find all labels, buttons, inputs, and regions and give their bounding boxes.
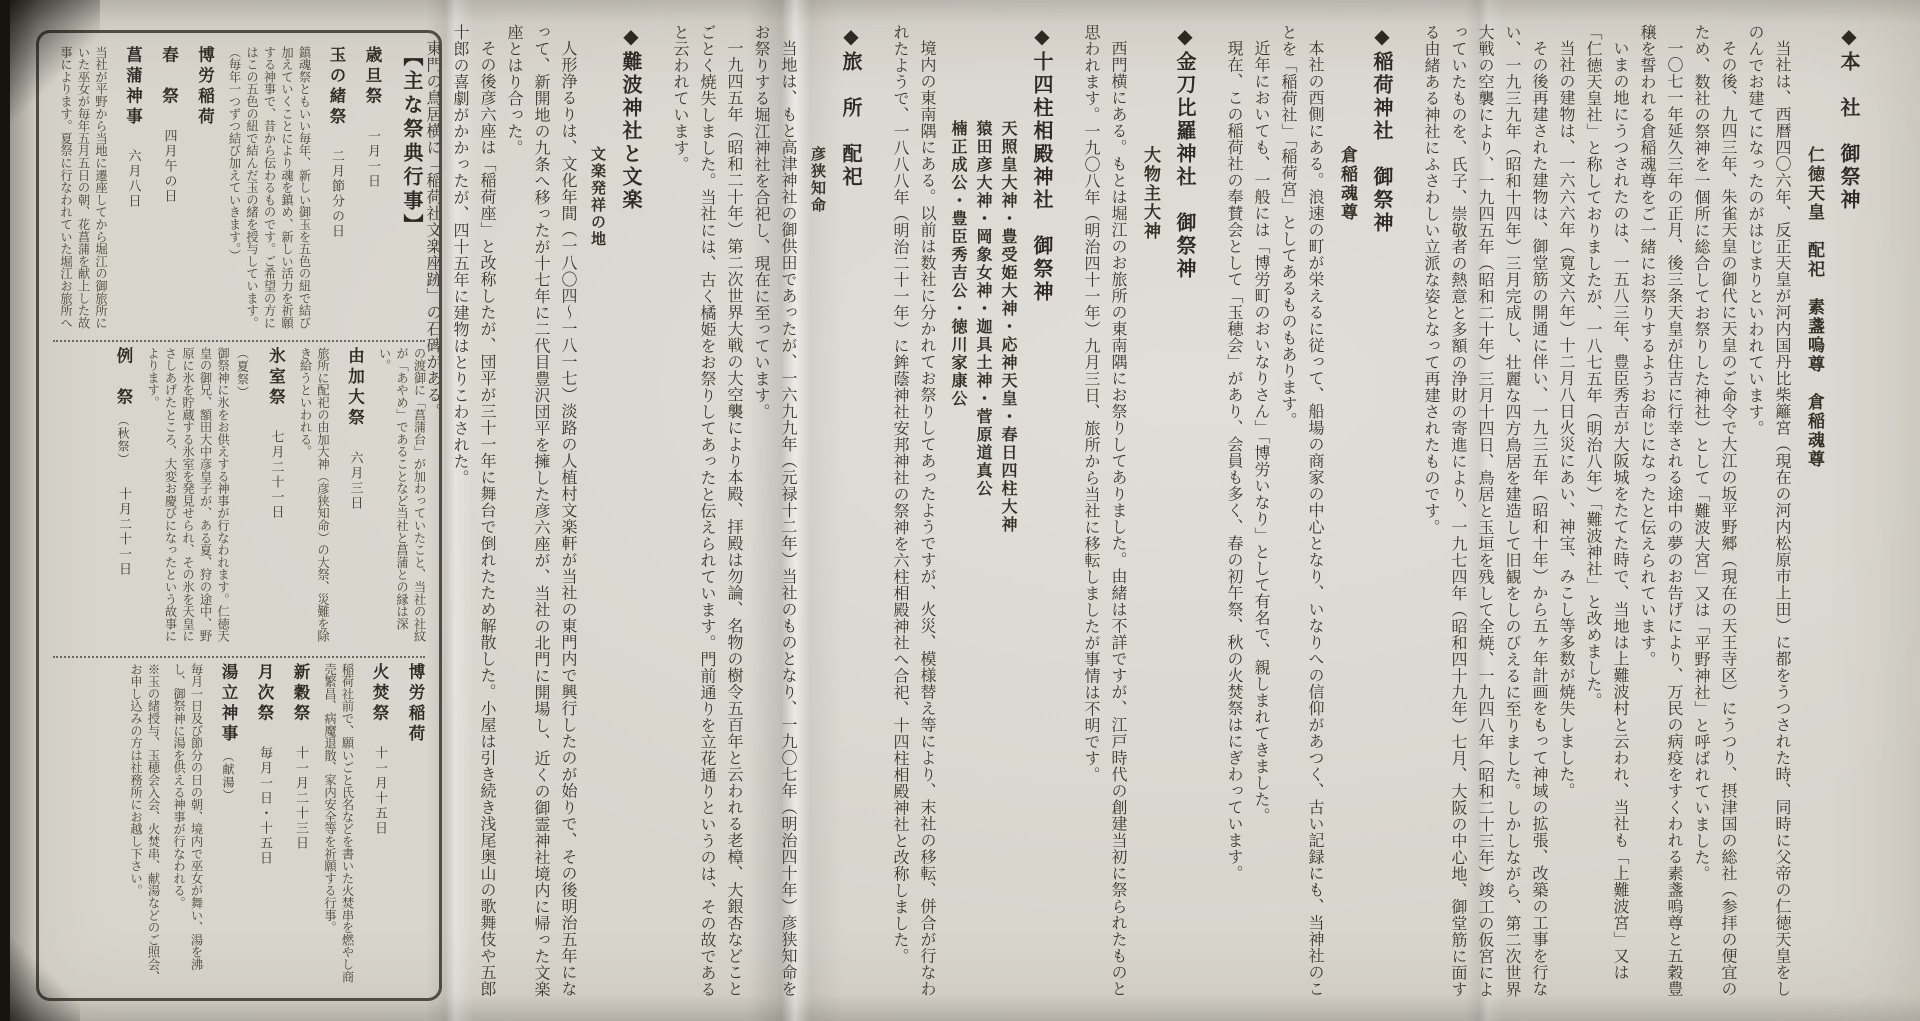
festival-yuka-taisai: 由加大祭 六月三日 [343,347,367,651]
paragraph: 一〇七一年延久三年の正月、後三条天皇が住吉に行幸される途中の夢のお告げにより、万… [1634,24,1688,1007]
festival-bakuro-inari: 博労稲荷 [193,46,217,335]
main-shrine-deities: 仁徳天皇 配祀 素盞嗚尊 倉稲魂尊 [1802,24,1827,1007]
festival-name: 新穀祭 [291,663,310,725]
juyonbashira-body: 境内の東南隅にある。以前は数社に分かれてお祭りしてあったようですが、火災、模様替… [887,24,941,1007]
bunraku-subtitle: 文楽発祥の地 [588,24,609,1007]
festival-note-yuka: 旅所に配祀の由加大神（彦狭知命）の大祭、災難を除き給うといわれる。 [296,347,331,651]
festival-name: 由加大祭 [346,347,365,429]
festival-reisai: 例 祭 （秋祭） 十月二十一日 [111,347,135,651]
festival-date: 六月三日 [346,451,365,511]
paragraph: その後、九四三年、朱雀天皇の御代に天皇のご命令で大江の坂平野郷（現在の天王寺区）… [1688,24,1742,1007]
paragraph: その後再建された建物は、御堂筋の開通に伴い、一九三五年（昭和十年）から五ヶ年計画… [1418,24,1553,1007]
festival-note-tamanoo: 鎮魂祭ともいい毎年、新しい御玉を五色の紐で結び加えていくことにより魂を鎮め、新し… [225,46,313,335]
festival-note-himuro: 御祭神に氷をお供えする神事が行なわれます。仁徳天皇の御兄、額田大中彦皇子が、ある… [143,347,231,651]
festival-himuro: 氷室祭 七月二十一日 [264,347,288,651]
inari-deities: 倉稲魂尊 [1335,24,1360,1007]
deity-line: 楠正成公・豊臣秀吉公・徳川家康公 [947,120,970,1007]
festival-tamanoo: 玉の緒祭 二月節分の日 [324,46,348,335]
paragraph: その後彦六座は「稲荷座」と改称したが、団平が三十一年に舞台で倒れたため解散した。… [447,24,501,1007]
festival-subname: （献湯） [221,750,235,802]
main-shrine-heading: ◆本 社 御祭神 [1835,24,1864,1007]
festival-name: 春 祭 [160,46,179,108]
photo-corner-shadow [10,0,100,140]
paragraph: 現在、この稲荷社の奉賛会として「玉穂会」があり、会員も多く、春の初午祭、秋の火焚… [1221,24,1248,1007]
events-band-top: 【主な祭典行事】 歳旦祭 一月一日 玉の緒祭 二月節分の日 鎮魂祭ともいい毎年、… [49,41,429,340]
note-text: 毎月一日及び節分の日の朝、境内で巫女が舞い、湯を沸し、御祭神に湯を供える神事が行… [169,663,204,985]
festival-saitansai: 歳旦祭 一月一日 [360,46,384,335]
festival-name: 氷室祭 [267,347,286,409]
tabisho-heading: ◆旅 所 配祀 [837,24,866,1007]
paragraph: 本社の西側にある。浪速の町が栄えるに従って、船場の商家の中心となり、いなりへの信… [1275,24,1329,1007]
paragraph: 人形浄るりは、文化年間（一八〇四～一八一七）淡路の人植村文楽軒が当社の東門内で興… [501,24,582,1007]
section-inari-shrine: ◆稲荷神社 御祭神 倉稲魂尊 本社の西側にある。浪速の町が栄えるに従って、船場の… [1221,24,1397,1007]
festival-name: 例 祭 [114,347,133,409]
festival-date: 六月八日 [124,149,143,209]
kotohira-heading: ◆金刀比羅神社 御祭神 [1171,24,1200,1007]
festival-date: 七月二十一日 [267,430,286,520]
deity-line: 天照皇大神・豊受姫大神・応神天皇・春日四柱大神 [997,120,1020,1007]
section-main-shrine: ◆本 社 御祭神 仁徳天皇 配祀 素盞嗚尊 倉稲魂尊 当社は、西暦四〇六年、反正… [1418,24,1864,1007]
festival-yudate: 湯立神事 （献湯） [216,663,240,985]
festival-name: 博労稲荷 [406,663,425,745]
note-text: 鎮魂祭ともいい毎年、新しい御玉を五色の紐で結び加えていくことにより魂を鎮め、新し… [225,46,313,335]
festival-himuro-subname: （夏祭） [235,347,252,651]
festival-name: 湯立神事 [219,663,238,745]
festival-harumatsuri: 春 祭 四月午の日 [157,46,181,335]
festival-shinkoku: 新穀祭 十一月二十三日 [288,663,312,985]
festival-bakuro-inari-2: 博労稲荷 [403,663,427,985]
section-juyonbashira-shrine: ◆十四柱相殿神社 御祭神 天照皇大神・豊受姫大神・応神天皇・春日四柱大神 猿田彦… [887,24,1057,1007]
festival-name: 博労稲荷 [196,46,215,128]
festival-name: 歳旦祭 [363,46,382,108]
events-band-bottom: 博労稲荷 火焚祭 十一月十五日 稲荷社前で、願いごと氏名などを書いた火焚串を燃や… [49,658,429,990]
deity-line: 猿田彦大神・岡象女神・迦具土神・菅原道真公 [972,120,995,1007]
festival-note-yudate: 毎月一日及び節分の日の朝、境内で巫女が舞い、湯を沸し、御祭神に湯を供える神事が行… [169,663,204,985]
note-text: 御祭神に氷をお供えする神事が行なわれます。仁徳天皇の御兄、額田大中彦皇子が、ある… [143,347,231,651]
festival-tsukinami: 月次祭 毎月一日・十五日 [252,663,276,985]
inari-heading: ◆稲荷神社 御祭神 [1368,24,1397,1007]
bunraku-body: 人形浄るりは、文化年間（一八〇四～一八一七）淡路の人植村文楽軒が当社の東門内で興… [420,24,582,1007]
events-footnote: ※玉の緒授与、玉穂会入会、火焚串、献湯などのご照会、お申し込みの方は社務所にお越… [126,663,161,985]
paragraph: 当地は、もと高津神社の御供田であったが、一六九九年（元禄十二年）当社のものとなり… [748,24,802,1007]
tabisho-body: 当地は、もと高津神社の御供田であったが、一六九九年（元禄十二年）当社のものとなり… [667,24,802,1007]
festival-name: 火焚祭 [370,663,389,725]
pamphlet-text-flow: ◆本 社 御祭神 仁徳天皇 配祀 素盞嗚尊 倉稲魂尊 当社は、西暦四〇六年、反正… [480,24,1864,1007]
paragraph: 当社は、西暦四〇六年、反正天皇が河内国丹比柴籬宮（現在の河内松原市上田）に都をう… [1742,24,1796,1007]
festival-note-hitaki: 稲荷社前で、願いごと氏名などを書いた火焚串を燃やし商売繁昌、病魔退散、家内安全等… [320,663,355,985]
festival-date: 十一月十五日 [370,746,389,836]
juyonbashira-heading: ◆十四柱相殿神社 御祭神 [1028,24,1057,1007]
festival-note-shobu-continued: の渡御に「菖蒲台」が加わっていたこと、当社の社紋が「あやめ」であることなど当社と… [375,347,428,651]
events-box-title: 【主な祭典行事】 [398,46,427,335]
paragraph: 近年においても、一般には「博労町のおいなりさん」「博労いなり」として有名で、親し… [1248,24,1275,1007]
paragraph: 西門横にある。もとは堀江のお旅所の東南隅にお祭りしてありました。由緒は不詳ですが… [1078,24,1132,1007]
note-text: の渡御に「菖蒲台」が加わっていたこと、当社の社紋が「あやめ」であることなど当社と… [375,347,428,651]
festival-date: 毎月一日・十五日 [255,746,274,866]
festival-date: 二月節分の日 [327,149,346,239]
kotohira-deities: 大物主大神 [1138,24,1163,1007]
festival-name: 菖蒲神事 [124,46,143,128]
inari-body: 本社の西側にある。浪速の町が栄えるに従って、船場の商家の中心となり、いなりへの信… [1221,24,1329,1007]
kotohira-body: 西門横にある。もとは堀江のお旅所の東南隅にお祭りしてありました。由緒は不詳ですが… [1078,24,1132,1007]
bunraku-heading: ◆難波神社と文楽 [617,24,646,1007]
events-band-middle: の渡御に「菖蒲台」が加わっていたこと、当社の社紋が「あやめ」であることなど当社と… [49,342,429,656]
paragraph: 一九四五年（昭和二十年）第二次世界大戦の大空襲により本殿、拝殿は勿論、名物の樹令… [667,24,748,1007]
festival-date: 十一月二十三日 [291,746,310,851]
section-kotohira-shrine: ◆金刀比羅神社 御祭神 大物主大神 西門横にある。もとは堀江のお旅所の東南隅にお… [1078,24,1200,1007]
festival-events-box: 【主な祭典行事】 歳旦祭 一月一日 玉の緒祭 二月節分の日 鎮魂祭ともいい毎年、… [36,30,442,1001]
paragraph: 当社の建物は、一六六六年（寛文六年）十二月八日火災にあい、神宝、みこし等多数が焼… [1553,24,1580,1007]
festival-shobu-shinji: 菖蒲神事 六月八日 [121,46,145,335]
festival-name: 月次祭 [255,663,274,725]
festival-date: 四月午の日 [160,129,179,204]
tabisho-deities: 彦狭知命 [808,24,829,1007]
photo-corner-shadow [10,931,80,1021]
main-shrine-body: 当社は、西暦四〇六年、反正天皇が河内国丹比柴籬宮（現在の河内松原市上田）に都をう… [1418,24,1796,1007]
section-tabisho: ◆旅 所 配祀 彦狭知命 当地は、もと高津神社の御供田であったが、一六九九年（元… [667,24,866,1007]
paragraph: いまの地にうつされたのは、一五八三年、豊臣秀吉が大阪城をたてた時で、当地は上難波… [1580,24,1634,1007]
festival-date: 十月二十一日 [114,487,133,577]
festival-hitaki: 火焚祭 十一月十五日 [367,663,391,985]
juyonbashira-deities: 天照皇大神・豊受姫大神・応神天皇・春日四柱大神 猿田彦大神・岡象女神・迦具土神・… [947,24,1020,1007]
festival-date: 一月一日 [363,129,382,189]
festival-name: 玉の緒祭 [327,46,346,128]
note-text: 稲荷社前で、願いごと氏名などを書いた火焚串を燃やし商売繁昌、病魔退散、家内安全等… [320,663,355,985]
section-bunraku: ◆難波神社と文楽 文楽発祥の地 人形浄るりは、文化年間（一八〇四～一八一七）淡路… [420,24,646,1007]
pamphlet-paper: ◆本 社 御祭神 仁徳天皇 配祀 素盞嗚尊 倉稲魂尊 当社は、西暦四〇六年、反正… [10,0,1920,1021]
paragraph: 境内の東南隅にある。以前は数社に分かれてお祭りしてあったようですが、火災、模様替… [887,24,941,1007]
note-text: 旅所に配祀の由加大神（彦狭知命）の大祭、災難を除き給うといわれる。 [296,347,331,651]
festival-subname: （秋祭） [116,414,130,466]
